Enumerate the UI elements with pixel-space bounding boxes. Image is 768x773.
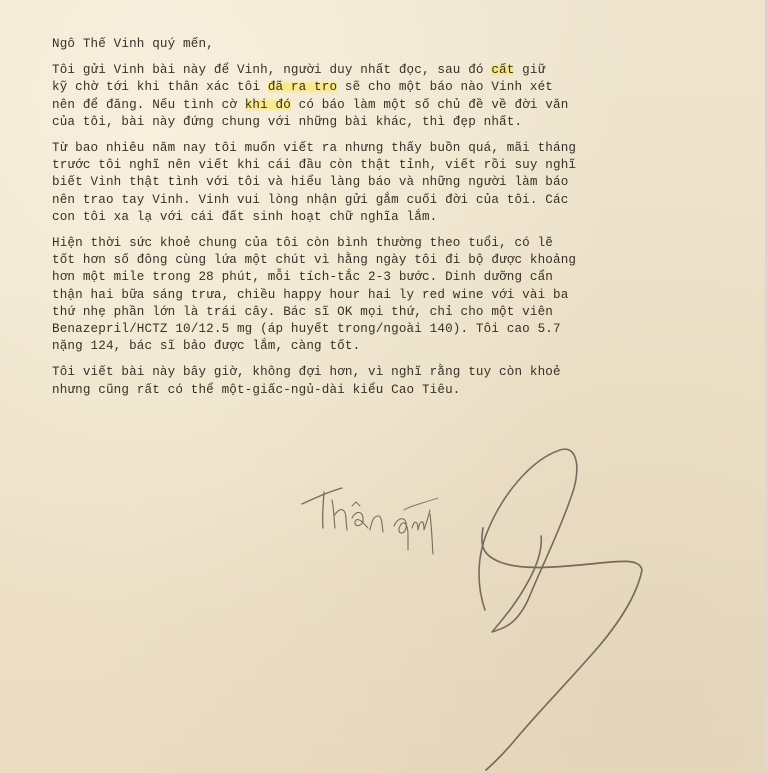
paragraph: Tôi gửi Vinh bài này để Vinh, người duy … <box>52 62 752 131</box>
text-line: hơn một mile trong 28 phút, mỗi tích-tắc… <box>52 269 752 286</box>
salutation: Ngô Thế Vinh quý mến, <box>52 36 752 53</box>
highlighted-text: khi đó <box>245 98 291 112</box>
paragraph: Tôi viết bài này bây giờ, không đợi hơn,… <box>52 364 752 398</box>
signature-scrawl-icon <box>290 440 690 773</box>
text-line: của tôi, bài này đứng chung với những bà… <box>52 114 752 131</box>
text-line: tốt hơn số đông cùng lứa một chút vì hằn… <box>52 252 752 269</box>
letter-body: Tôi gửi Vinh bài này để Vinh, người duy … <box>52 62 752 399</box>
text-line: nên trao tay Vinh. Vinh vui lòng nhận gử… <box>52 192 752 209</box>
text-line: nên để đăng. Nếu tình cờ khi đó có báo l… <box>52 97 752 114</box>
handwritten-signature <box>290 440 690 773</box>
text-line: nặng 124, bác sĩ bảo được lắm, càng tốt. <box>52 338 752 355</box>
text-line: Từ bao nhiêu năm nay tôi muốn viết ra nh… <box>52 140 752 157</box>
text-line: trước tôi nghĩ nên viết khi cái đầu còn … <box>52 157 752 174</box>
paragraph: Hiện thời sức khoẻ chung của tôi còn bìn… <box>52 235 752 355</box>
text-line: thứ nhẹ phần lớn là trái cây. Bác sĩ OK … <box>52 304 752 321</box>
text-line: biết Vinh thật tình với tôi và hiểu làng… <box>52 174 752 191</box>
text-line: thận hai bữa sáng trưa, chiều happy hour… <box>52 287 752 304</box>
text-line: con tôi xa lạ với cái đất sinh hoạt chữ … <box>52 209 752 226</box>
text-line: kỹ chờ tới khi thân xác tôi đã ra tro sẽ… <box>52 79 752 96</box>
text-line: Hiện thời sức khoẻ chung của tôi còn bìn… <box>52 235 752 252</box>
text-line: Tôi gửi Vinh bài này để Vinh, người duy … <box>52 62 752 79</box>
highlighted-text: cất <box>491 63 514 77</box>
highlighted-text: đã ra tro <box>268 80 337 94</box>
paragraph: Từ bao nhiêu năm nay tôi muốn viết ra nh… <box>52 140 752 226</box>
text-line: Tôi viết bài này bây giờ, không đợi hơn,… <box>52 364 752 381</box>
text-line: Benazepril/HCTZ 10/12.5 mg (áp huyết tro… <box>52 321 752 338</box>
text-line: nhưng cũng rất có thể một-giấc-ngủ-dài k… <box>52 382 752 399</box>
typed-letter: Ngô Thế Vinh quý mến, Tôi gửi Vinh bài n… <box>52 36 752 408</box>
